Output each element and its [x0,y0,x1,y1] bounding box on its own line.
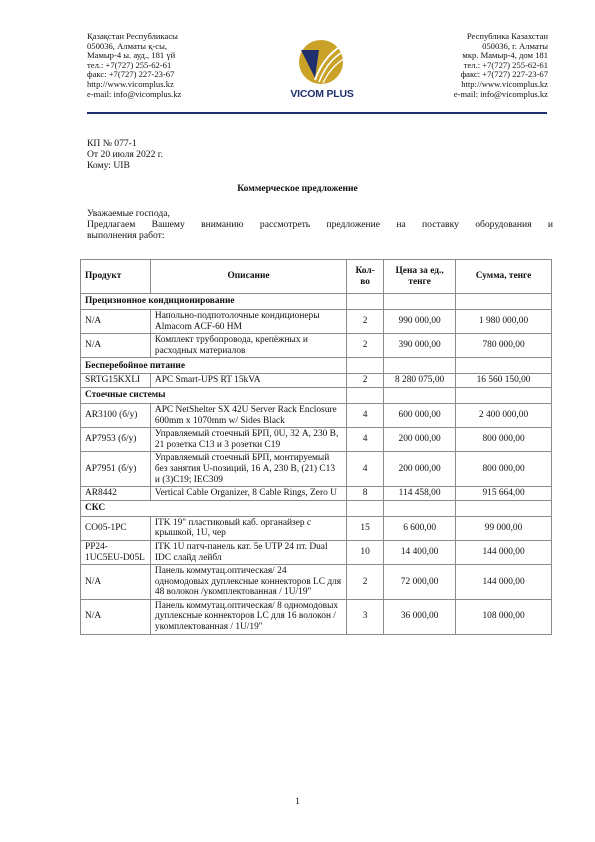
cell-product: SRTG15KXLI [81,374,151,388]
cell-product: N/A [81,334,151,358]
cell-price: 390 000,00 [384,334,456,358]
offer-number: КП № 077-1 [87,138,163,149]
section-row: СКС [81,500,552,516]
cell-product: AP7951 (б/у) [81,452,151,487]
table-row: N/AПанель коммутац.оптическая/ 8 одномод… [81,599,552,634]
cell-qty: 2 [347,374,384,388]
cell-description: Управляемый стоечный БРП, 0U, 32 А, 230 … [150,428,346,452]
table-row: N/AПанель коммутац.оптическая/ 24 одномо… [81,565,552,600]
table-row: AR8442Vertical Cable Organizer, 8 Cable … [81,487,552,501]
section-title: Бесперебойное питание [81,358,347,374]
section-row: Бесперебойное питание [81,358,552,374]
cell-description: Панель коммутац.оптическая/ 8 одномодовы… [150,599,346,634]
table-row: SRTG15KXLIAPC Smart-UPS RT 15kVA28 280 0… [81,374,552,388]
cell-description: APC NetShelter SX 42U Server Rack Enclos… [150,403,346,427]
header-sum: Сумма, тенге [456,260,552,294]
cell-description: Комплект трубопровода, крепёжных и расхо… [150,334,346,358]
empty-cell [384,500,456,516]
empty-cell [347,387,384,403]
empty-cell [456,358,552,374]
table-header-row: Продукт Описание Кол-во Цена за ед., тен… [81,260,552,294]
table-row: AP7951 (б/у)Управляемый стоечный БРП, мо… [81,452,552,487]
cell-sum: 2 400 000,00 [456,403,552,427]
cell-qty: 8 [347,487,384,501]
cell-description: Vertical Cable Organizer, 8 Cable Rings,… [150,487,346,501]
offer-table: Продукт Описание Кол-во Цена за ед., тен… [80,259,552,635]
cell-sum: 144 000,00 [456,565,552,600]
table-row: N/AКомплект трубопровода, крепёжных и ра… [81,334,552,358]
header-description: Описание [150,260,346,294]
cell-price: 6 600,00 [384,516,456,540]
cell-product: CO05-1PC [81,516,151,540]
section-title: Прецизионное кондиционирование [81,294,347,310]
section-row: Стоечные системы [81,387,552,403]
intro-line-1: Предлагаем Вашему вниманию рассмотреть п… [87,219,553,230]
cell-product: N/A [81,565,151,600]
cell-sum: 915 664,00 [456,487,552,501]
cell-qty: 4 [347,452,384,487]
cell-sum: 99 000,00 [456,516,552,540]
cell-price: 72 000,00 [384,565,456,600]
cell-product: PP24-1UC5EU-D05L [81,540,151,564]
intro-line-2: выполнения работ: [87,230,553,241]
cell-qty: 4 [347,403,384,427]
cell-qty: 2 [347,310,384,334]
cell-sum: 144 000,00 [456,540,552,564]
cell-qty: 2 [347,565,384,600]
empty-cell [384,294,456,310]
cell-price: 990 000,00 [384,310,456,334]
cell-description: Напольно-подпотолочные кондиционеры Alma… [150,310,346,334]
table-row: AP7953 (б/у)Управляемый стоечный БРП, 0U… [81,428,552,452]
cell-product: N/A [81,599,151,634]
page-number: 1 [0,796,595,807]
cell-sum: 108 000,00 [456,599,552,634]
cell-description: Управляемый стоечный БРП, монтируемый бе… [150,452,346,487]
company-address-kz: Қазақстан Республикасы050036, Алматы қ-с… [87,32,181,99]
cell-price: 200 000,00 [384,428,456,452]
cell-qty: 2 [347,334,384,358]
document-title: Коммерческое предложение [0,183,595,194]
cell-price: 8 280 075,00 [384,374,456,388]
section-title: СКС [81,500,347,516]
empty-cell [456,387,552,403]
cell-price: 600 000,00 [384,403,456,427]
cell-sum: 800 000,00 [456,452,552,487]
table-row: N/AНапольно-подпотолочные кондиционеры A… [81,310,552,334]
document-meta: КП № 077-1 От 20 июля 2022 г. Кому: UIB [87,138,163,172]
cell-price: 36 000,00 [384,599,456,634]
company-address-ru: Республика Казахстан050036, г. Алматымкр… [454,32,548,99]
empty-cell [347,500,384,516]
empty-cell [347,358,384,374]
cell-description: APC Smart-UPS RT 15kVA [150,374,346,388]
empty-cell [347,294,384,310]
empty-cell [384,387,456,403]
header-price: Цена за ед., тенге [384,260,456,294]
offer-date: От 20 июля 2022 г. [87,149,163,160]
header-product: Продукт [81,260,151,294]
cell-sum: 1 980 000,00 [456,310,552,334]
cell-price: 114 458,00 [384,487,456,501]
cell-product: AP7953 (б/у) [81,428,151,452]
cell-qty: 3 [347,599,384,634]
cell-sum: 780 000,00 [456,334,552,358]
cell-description: ITK 1U патч-панель кат. 5e UTP 24 пт. Du… [150,540,346,564]
empty-cell [456,500,552,516]
empty-cell [384,358,456,374]
cell-description: Панель коммутац.оптическая/ 24 одномодов… [150,565,346,600]
address-line: e-mail: info@vicomplus.kz [454,90,548,100]
header-divider [87,112,547,114]
cell-description: ITK 19" пластиковый каб. органайзер с кр… [150,516,346,540]
cell-product: AR3100 (б/у) [81,403,151,427]
intro-text: Уважаемые господа, Предлагаем Вашему вни… [87,208,553,242]
cell-product: N/A [81,310,151,334]
header-qty: Кол-во [347,260,384,294]
greeting: Уважаемые господа, [87,208,553,219]
address-line: e-mail: info@vicomplus.kz [87,90,181,100]
empty-cell [456,294,552,310]
cell-qty: 15 [347,516,384,540]
table-row: AR3100 (б/у)APC NetShelter SX 42U Server… [81,403,552,427]
cell-price: 14 400,00 [384,540,456,564]
recipient: Кому: UIB [87,160,163,171]
section-row: Прецизионное кондиционирование [81,294,552,310]
cell-sum: 800 000,00 [456,428,552,452]
cell-qty: 10 [347,540,384,564]
cell-qty: 4 [347,428,384,452]
table-row: PP24-1UC5EU-D05LITK 1U патч-панель кат. … [81,540,552,564]
table-row: CO05-1PCITK 19" пластиковый каб. органай… [81,516,552,540]
logo-text: VICOM PLUS [282,88,362,100]
cell-sum: 16 560 150,00 [456,374,552,388]
section-title: Стоечные системы [81,387,347,403]
cell-price: 200 000,00 [384,452,456,487]
cell-product: AR8442 [81,487,151,501]
